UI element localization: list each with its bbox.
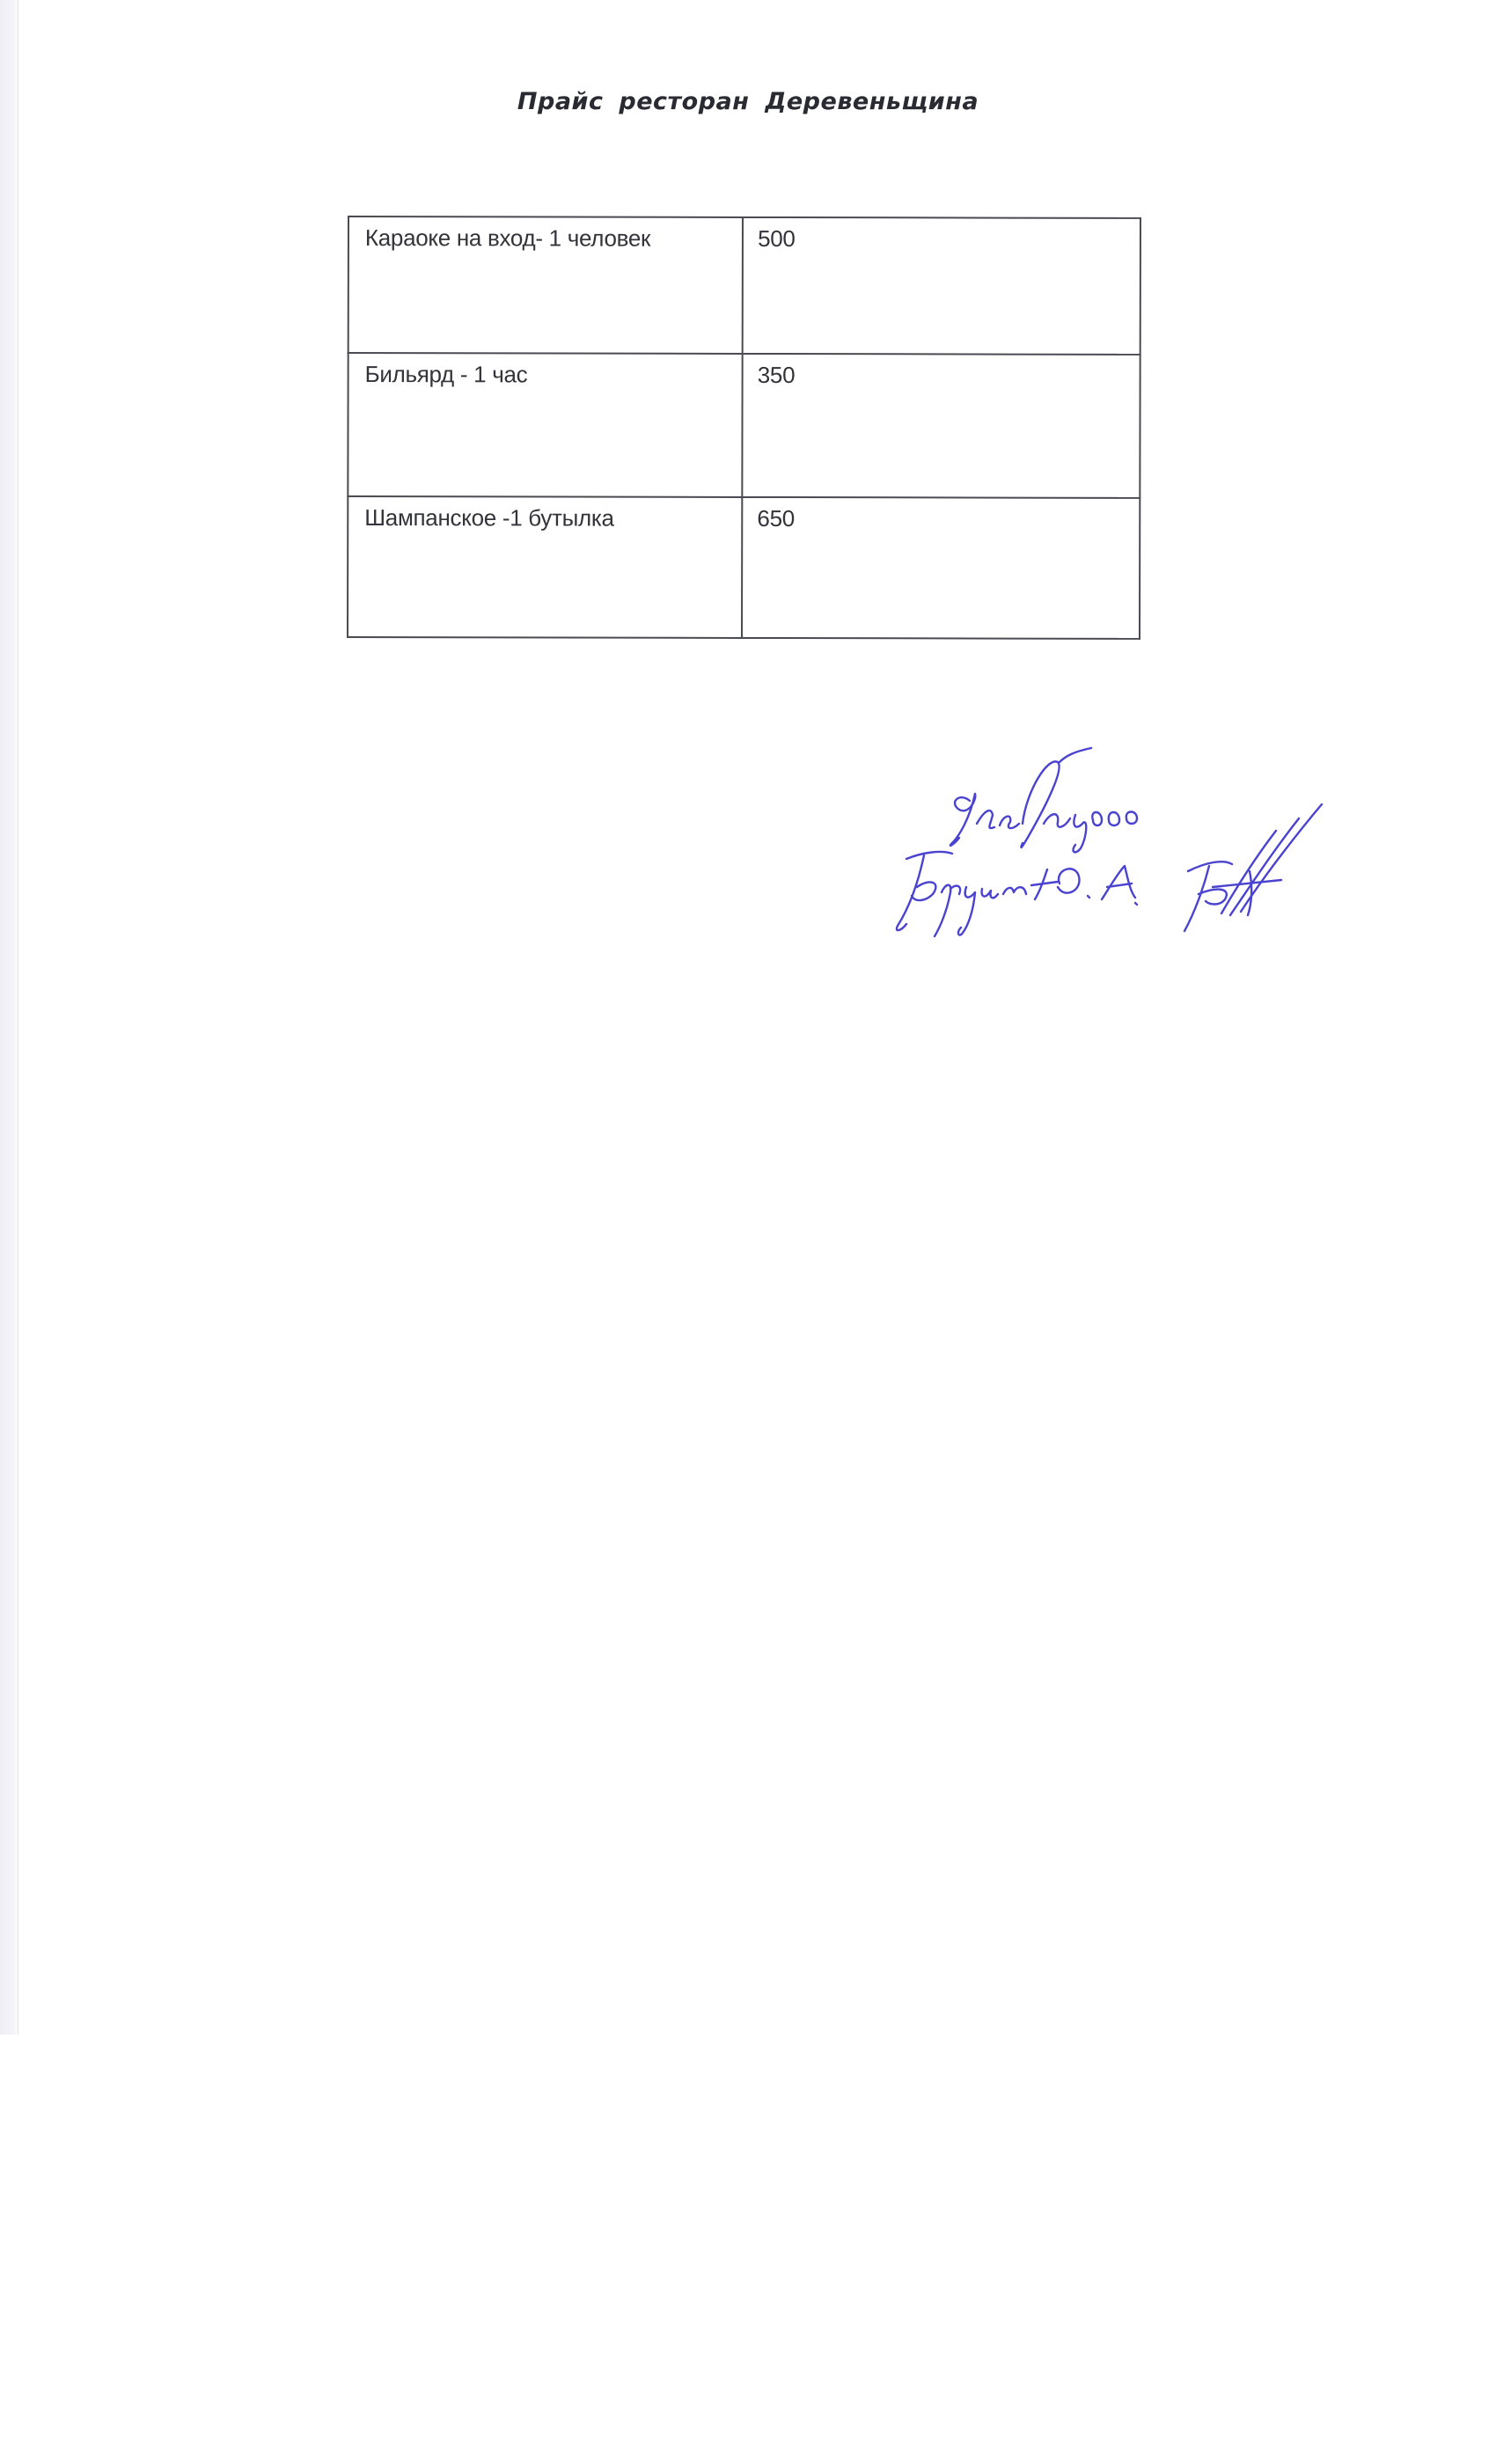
table-row: Бильярд - 1 час 350: [348, 353, 1140, 498]
item-cell: Караоке на вход- 1 человек: [348, 216, 743, 354]
price-cell: 650: [742, 497, 1140, 639]
signature-block: Утверждаю Брунт Ю.А.: [871, 739, 1364, 950]
table-row: Шампанское -1 бутылка 650: [348, 496, 1140, 639]
scan-edge: [0, 0, 18, 2035]
item-cell: Бильярд - 1 час: [348, 353, 742, 497]
item-name: Бильярд - 1 час: [349, 354, 742, 389]
price-cell: 500: [743, 217, 1140, 355]
item-name: Шампанское -1 бутылка: [348, 497, 741, 532]
table-row: Караоке на вход- 1 человек 500: [348, 216, 1140, 355]
item-price: 650: [743, 498, 1139, 533]
item-price: 500: [744, 218, 1140, 253]
item-price: 350: [744, 355, 1140, 390]
handwritten-signature-icon: [871, 739, 1364, 950]
item-cell: Шампанское -1 бутылка: [348, 496, 742, 638]
page-title: Прайс ресторан Деревеньщина: [0, 88, 1496, 115]
price-cell: 350: [742, 354, 1140, 498]
item-name: Караоке на вход- 1 человек: [349, 217, 742, 253]
price-table: Караоке на вход- 1 человек 500 Бильярд -…: [347, 216, 1141, 640]
